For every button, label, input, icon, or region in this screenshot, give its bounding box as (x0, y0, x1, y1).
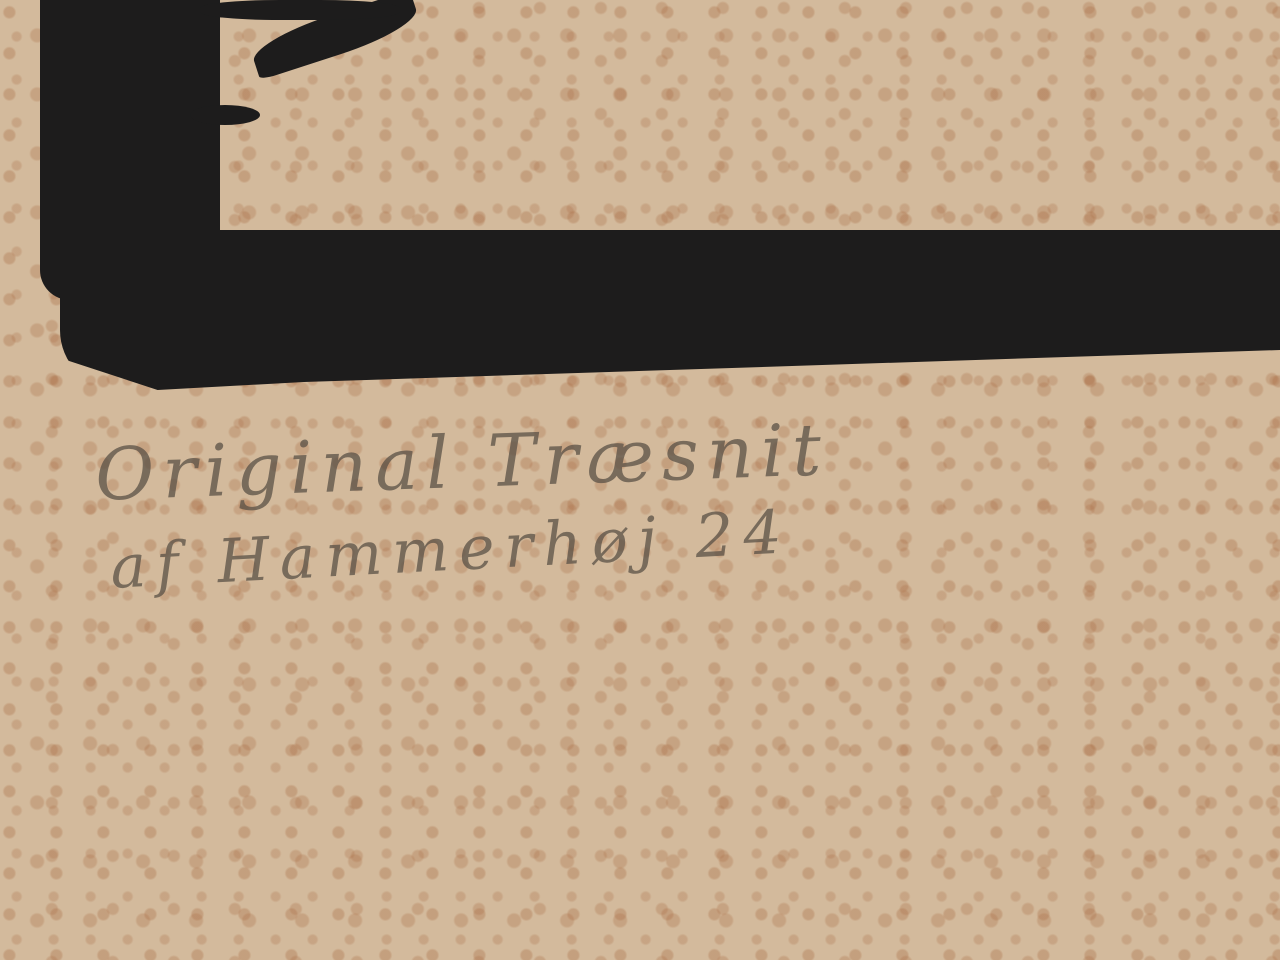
ink-brush-stroke (190, 105, 260, 125)
ink-brush-stroke (200, 0, 400, 20)
